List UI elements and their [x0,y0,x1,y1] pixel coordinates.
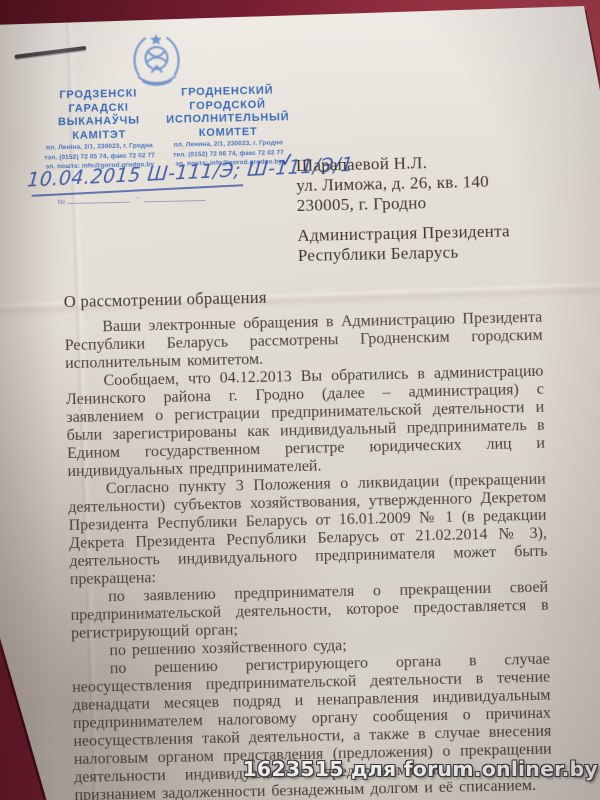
document-paper: ГРОДЗЕНСКІ ГАРАДСКІ ВЫКАНАЎЧЫ КАМІТЭТ пл… [0,0,600,800]
recipient-street: ул. Лиможа, д. 26, кв. 140 [296,172,489,196]
letterhead-belarusian: ГРОДЗЕНСКІ ГАРАДСКІ ВЫКАНАЎЧЫ КАМІТЭТ пл… [37,87,161,172]
body-paragraph: Сообщаем, что 04.12.2013 Вы обратились в… [65,363,545,481]
org-name-line: ГРОДНЕНСКИЙ [163,84,291,100]
org-name-line: ИСПОЛНИТЕЛЬНЫЙ [164,111,292,127]
form-no-label: № [58,199,66,206]
form-quote-label: `` [136,197,142,204]
second-addressee-block: Администрация Президента Республики Бела… [297,221,510,266]
watermark-text: 1623515 для forum.onliner.by [242,757,598,781]
form-blank-line [68,195,130,204]
subject-line: О рассмотрении обращения [64,288,267,312]
belarus-emblem-icon [126,30,187,91]
body-paragraph: Согласно пункту 3 Положения о ликвидации… [68,471,548,589]
form-number-line: №`` [57,193,211,206]
recipient-address-block: ✓ Шарапаевой Н.Л. ул. Лиможа, д. 26, кв.… [296,152,490,216]
form-blank-line [143,193,205,202]
staple [14,46,86,59]
recipient-city: 230005, г. Гродно [297,192,490,216]
checkmark-annotation: ✓ [279,149,298,171]
letterhead-russian: ГРОДНЕНСКИЙ ГОРОДСКОЙ ИСПОЛНИТЕЛЬНЫЙ КОМ… [163,84,293,169]
letter-body: Ваши электронные обращения в Администрац… [64,309,552,800]
document-content: ГРОДЗЕНСКІ ГАРАДСКІ ВЫКАНАЎЧЫ КАМІТЭТ пл… [0,0,600,800]
photo-background: ГРОДЗЕНСКІ ГАРАДСКІ ВЫКАНАЎЧЫ КАМІТЭТ пл… [0,0,600,800]
addressee-line: Республики Беларусь [298,241,511,266]
